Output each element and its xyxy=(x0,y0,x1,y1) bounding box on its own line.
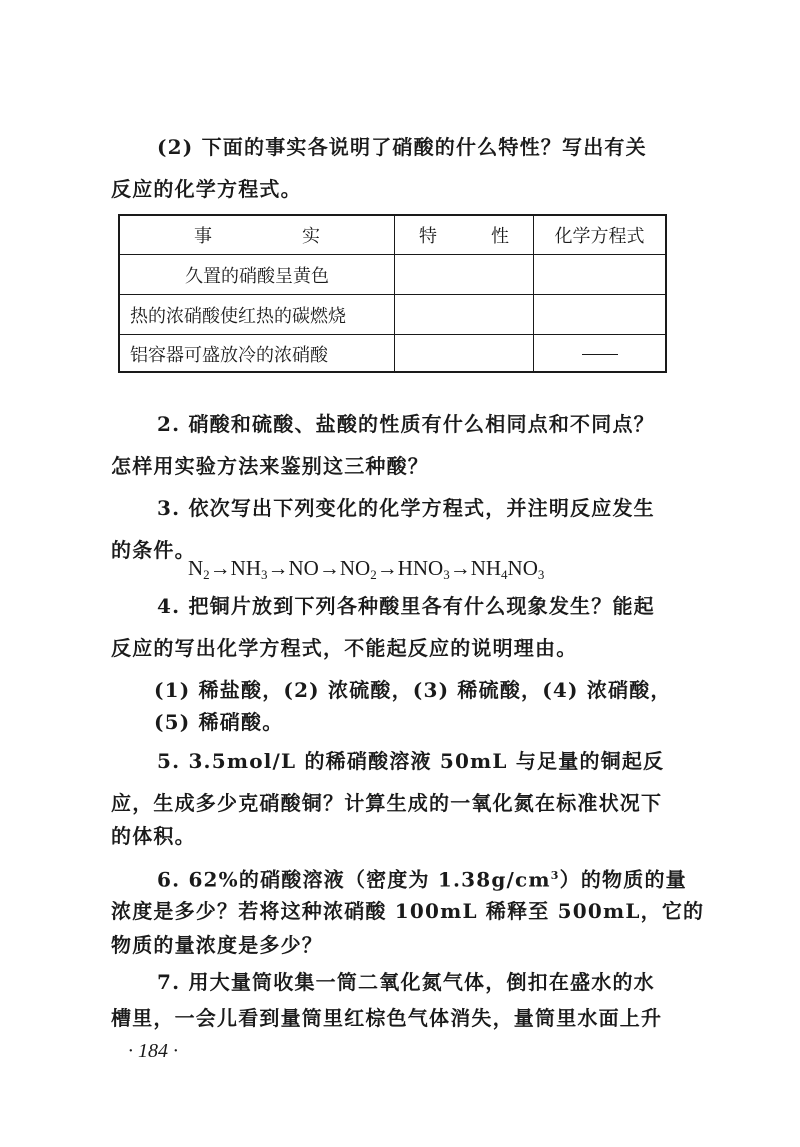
table-header-row: 事 实 特 性 化学方程式 xyxy=(120,216,665,255)
q5-line2: 应，生成多少克硝酸铜？计算生成的一氧化氮在标准状况下 xyxy=(111,790,662,816)
header-property-char1: 特 xyxy=(419,222,437,248)
property-cell xyxy=(395,335,534,373)
equation-cell-dash xyxy=(534,335,665,373)
equation-cell xyxy=(534,295,665,334)
q2-line1: 2. 硝酸和硫酸、盐酸的性质有什么相同点和不同点？ xyxy=(157,411,655,437)
q3-line1: 3. 依次写出下列变化的化学方程式，并注明反应发生 xyxy=(157,495,655,521)
table-row: 热的浓硝酸使红热的碳燃烧 xyxy=(120,295,665,335)
q7-line2: 槽里，一会儿看到量筒里红棕色气体消失，量筒里水面上升 xyxy=(111,1005,662,1031)
header-property: 特 性 xyxy=(395,216,534,254)
q4-line4: (5) 稀硝酸。 xyxy=(154,709,283,735)
header-fact-char2: 实 xyxy=(302,222,320,248)
q6-line1: 6. 62%的硝酸溶液（密度为 1.38g/cm3）的物质的量 xyxy=(157,863,687,893)
dash-mark xyxy=(582,354,618,355)
q6-line3: 物质的量浓度是多少？ xyxy=(111,932,323,958)
q4-line2: 反应的写出化学方程式，不能起反应的说明理由。 xyxy=(111,635,577,661)
header-fact: 事 实 xyxy=(120,216,395,254)
properties-table: 事 实 特 性 化学方程式 久置的硝酸呈黄色 热的浓硝酸使红热的碳燃烧 铝容器可… xyxy=(118,214,667,373)
equation-cell xyxy=(534,255,665,294)
q3-reaction-chain: N2→NH3→NO→NO2→HNO3→NH4NO3 xyxy=(188,555,544,588)
header-fact-char1: 事 xyxy=(194,222,212,248)
property-cell xyxy=(395,295,534,334)
fact-cell: 热的浓硝酸使红热的碳燃烧 xyxy=(120,295,395,334)
q5-line3: 的体积。 xyxy=(111,823,196,849)
q1-part2-line1: (2) 下面的事实各说明了硝酸的什么特性？写出有关 xyxy=(157,134,647,160)
table-row: 铝容器可盛放冷的浓硝酸 xyxy=(120,335,665,373)
q1-part2-line2: 反应的化学方程式。 xyxy=(111,176,302,202)
q4-line1: 4. 把铜片放到下列各种酸里各有什么现象发生？能起 xyxy=(157,593,655,619)
q3-line2: 的条件。 xyxy=(111,537,196,563)
q7-line1: 7. 用大量筒收集一筒二氧化氮气体，倒扣在盛水的水 xyxy=(157,969,655,995)
page-number: · 184 · xyxy=(128,1040,178,1063)
property-cell xyxy=(395,255,534,294)
q6-line2: 浓度是多少？若将这种浓硝酸 100mL 稀释至 500mL，它的 xyxy=(111,898,704,924)
table-row: 久置的硝酸呈黄色 xyxy=(120,255,665,295)
fact-cell: 铝容器可盛放冷的浓硝酸 xyxy=(120,335,395,373)
header-equation: 化学方程式 xyxy=(534,216,665,254)
q4-line3: (1) 稀盐酸，(2) 浓硫酸，(3) 稀硫酸，(4) 浓硝酸， xyxy=(154,677,672,703)
header-property-char2: 性 xyxy=(491,222,509,248)
q2-line2: 怎样用实验方法来鉴别这三种酸？ xyxy=(111,453,429,479)
q5-line1: 5. 3.5mol/L 的稀硝酸溶液 50mL 与足量的铜起反 xyxy=(157,748,664,774)
fact-cell: 久置的硝酸呈黄色 xyxy=(120,255,395,294)
